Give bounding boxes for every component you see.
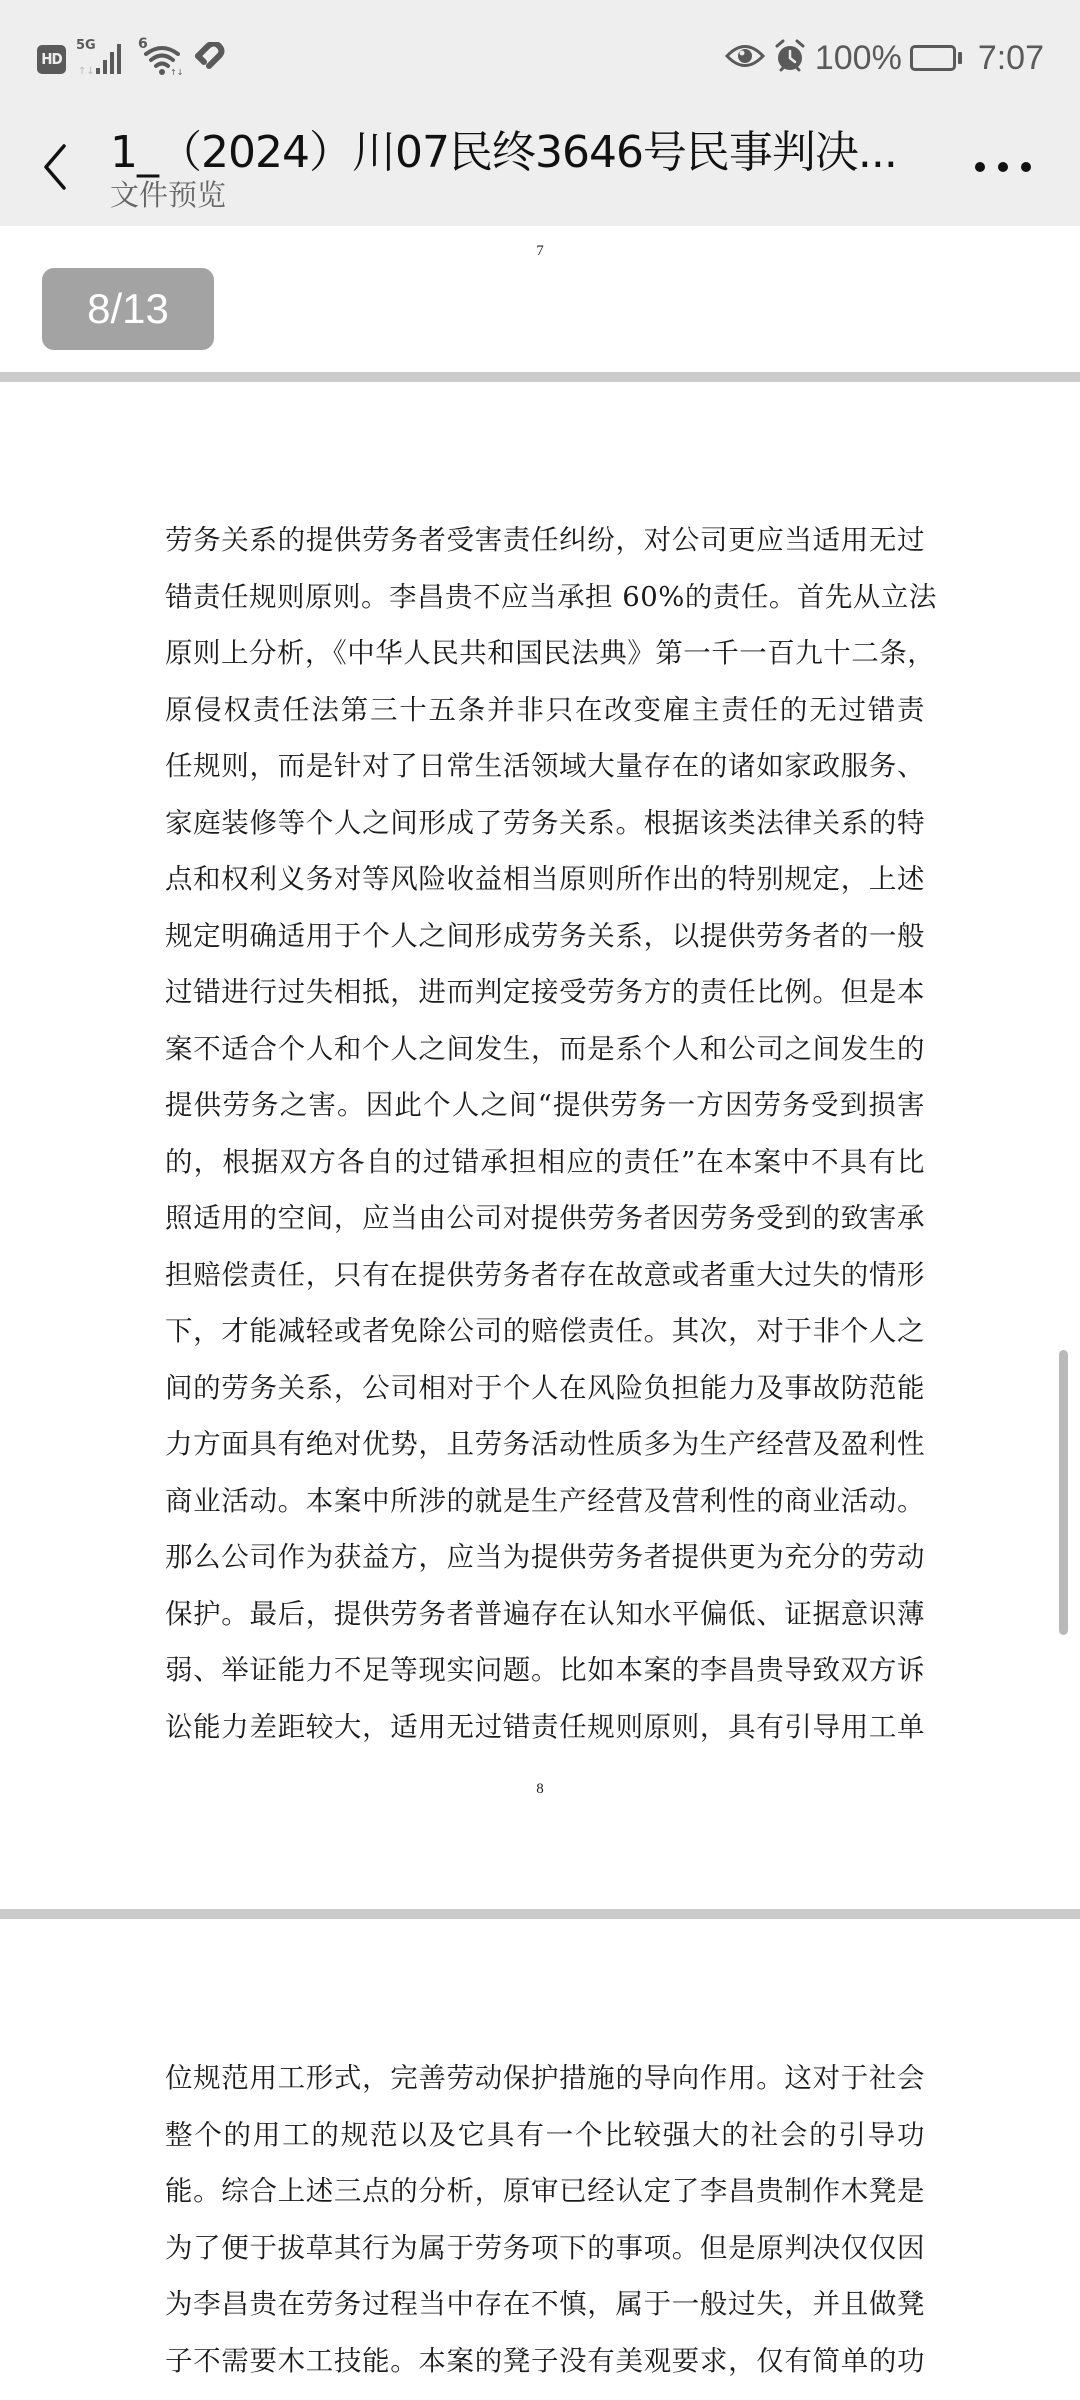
text-line: 案不适合个人和个人之间发生，而是系个人和公司之间发生的 — [165, 1021, 925, 1078]
text-line: 原则上分析，《中华人民共和国民法典》第一千一百九十二条， — [165, 625, 925, 682]
wifi6-icon: 6 ↑↓ — [138, 42, 184, 76]
hd-icon: HD — [37, 45, 66, 74]
status-bar-left: HD 5G ↑↓ 6 ↑↓ — [37, 42, 226, 76]
vertical-scrollbar[interactable] — [1059, 1350, 1068, 1635]
page-9-text: 位规范用工形式，完善劳动保护措施的导向作用。这对于社会 整个的用工的规范以及它具… — [165, 2050, 925, 2389]
text-line: 弱、举证能力不足等现实问题。比如本案的李昌贵导致双方诉 — [165, 1642, 925, 1699]
text-line: 任规则，而是针对了日常生活领域大量存在的诸如家政服务、 — [165, 738, 925, 795]
more-horizontal-icon-dot — [998, 162, 1008, 172]
document-subtitle: 文件预览 — [110, 173, 226, 214]
text-line: 点和权利义务对等风险收益相当原则所作出的特别规定，上述 — [165, 851, 925, 908]
svg-text:↑↓: ↑↓ — [170, 68, 183, 76]
text-line: 那么公司作为获益方，应当为提供劳务者提供更为充分的劳动 — [165, 1529, 925, 1586]
5g-signal-icon: 5G ↑↓ — [76, 42, 128, 76]
text-line: 讼能力差距较大，适用无过错责任规则原则，具有引导用工单 — [165, 1699, 925, 1756]
more-options-button[interactable] — [975, 152, 1031, 182]
text-line: 保护。最后，提供劳务者普遍存在认知水平偏低、证据意识薄 — [165, 1586, 925, 1643]
text-line: 子不需要木工技能。本案的凳子没有美观要求，仅有简单的功 — [165, 2333, 925, 2390]
text-line: 家庭装修等个人之间形成了劳务关系。根据该类法律关系的特 — [165, 795, 925, 852]
page-footer-number: 8 — [0, 1781, 1080, 1798]
text-line: 商业活动。本案中所涉的就是生产经营及营利性的商业活动。 — [165, 1473, 925, 1530]
clock: 7:07 — [978, 39, 1044, 78]
battery-tip — [958, 52, 962, 64]
text-line: 劳务关系的提供劳务者受害责任纠纷，对公司更应当适用无过 — [165, 512, 925, 569]
back-button[interactable] — [30, 132, 80, 202]
page-separator — [0, 1909, 1080, 1919]
text-line: 整个的用工的规范以及它具有一个比较强大的社会的引导功 — [165, 2107, 925, 2164]
text-line: 的，根据双方各自的过错承担相应的责任”在本案中不具有比 — [165, 1134, 925, 1191]
text-line: 担赔偿责任，只有在提供劳务者存在故意或者重大过失的情形 — [165, 1247, 925, 1304]
battery-icon — [910, 45, 956, 71]
chevron-left-icon — [40, 142, 70, 192]
page-indicator-badge: 8/13 — [42, 268, 214, 350]
text-line: 位规范用工形式，完善劳动保护措施的导向作用。这对于社会 — [165, 2050, 925, 2107]
more-horizontal-icon-dot — [975, 162, 985, 172]
alarm-icon — [773, 39, 807, 77]
text-line: 下，才能减轻或者免除公司的赔偿责任。其次，对于非个人之 — [165, 1303, 925, 1360]
text-line: 间的劳务关系，公司相对于个人在风险负担能力及事故防范能 — [165, 1360, 925, 1417]
svg-text:↑↓: ↑↓ — [78, 66, 95, 76]
more-horizontal-icon-dot — [1021, 162, 1031, 172]
nfc-heart-icon — [194, 42, 226, 76]
text-line: 提供劳务之害。因此个人之间“提供劳务一方因劳务受到损害 — [165, 1077, 925, 1134]
text-line: 为了便于拔草其行为属于劳务项下的事项。但是原判决仅仅因 — [165, 2220, 925, 2277]
text-line: 原侵权责任法第三十五条并非只在改变雇主责任的无过错责 — [165, 682, 925, 739]
text-line: 照适用的空间，应当由公司对提供劳务者因劳务受到的致害承 — [165, 1190, 925, 1247]
app-header: 1_（2024）川07民终3646号民事判决... 文件预览 — [0, 116, 1080, 226]
document-title: 1_（2024）川07民终3646号民事判决... — [110, 116, 940, 180]
page-separator — [0, 372, 1080, 382]
page-footer-number: 7 — [0, 243, 1080, 260]
text-line: 为李昌贵在劳务过程当中存在不慎，属于一般过失，并且做凳 — [165, 2276, 925, 2333]
status-bar: HD 5G ↑↓ 6 ↑↓ — [0, 0, 1080, 116]
text-line: 能。综合上述三点的分析，原审已经认定了李昌贵制作木凳是 — [165, 2163, 925, 2220]
text-line: 力方面具有绝对优势，且劳务活动性质多为生产经营及盈利性 — [165, 1416, 925, 1473]
battery-percent: 100% — [815, 39, 902, 78]
status-bar-right: 100% 7:07 — [725, 38, 1044, 78]
text-line: 规定明确适用于个人之间形成劳务关系，以提供劳务者的一般 — [165, 908, 925, 965]
eye-comfort-icon — [725, 43, 765, 73]
text-line: 错责任规则原则。李昌贵不应当承担 60%的责任。首先从立法 — [165, 569, 925, 626]
page-8-text: 劳务关系的提供劳务者受害责任纠纷，对公司更应当适用无过 错责任规则原则。李昌贵不… — [165, 512, 925, 1755]
text-line: 过错进行过失相抵，进而判定接受劳务方的责任比例。但是本 — [165, 964, 925, 1021]
